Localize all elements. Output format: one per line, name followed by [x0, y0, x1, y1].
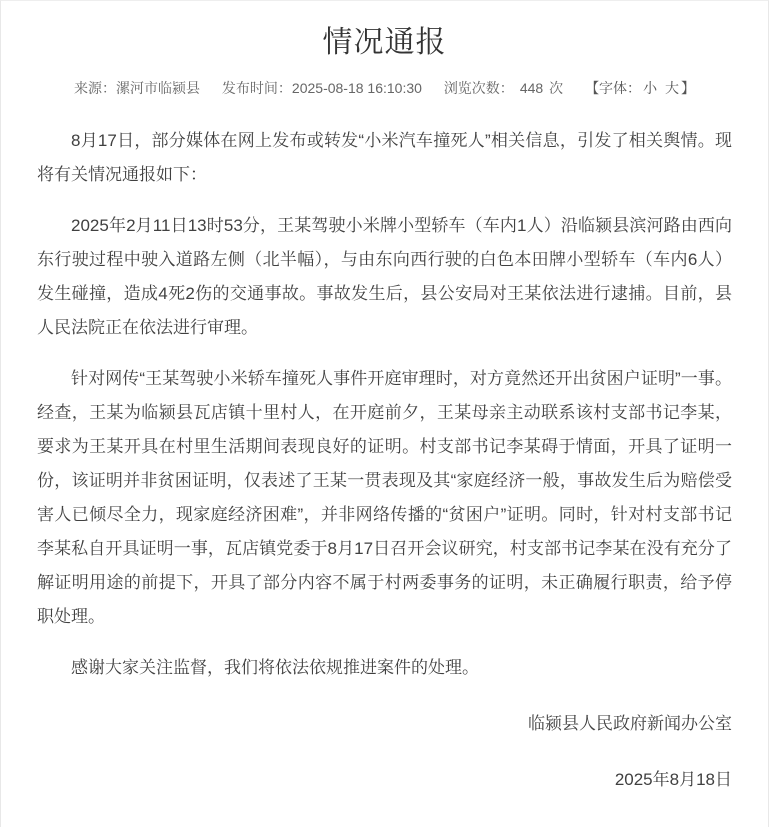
publish-date: 2025年8月18日	[37, 763, 732, 797]
meta-views-label: 浏览次数：	[444, 80, 514, 96]
meta-source-value: 漯河市临颍县	[116, 80, 200, 96]
font-size-control: 【字体：小 大】	[585, 78, 695, 98]
paragraph-certificate-investigation: 针对网传“王某驾驶小米轿车撞死人事件开庭审理时，对方竟然还开出贫困户证明”一事。…	[37, 362, 732, 634]
meta-views-unit: 次	[549, 80, 563, 96]
meta-publish-value: 2025-08-18 16:10:30	[292, 80, 422, 96]
font-size-small-button[interactable]: 小	[643, 80, 657, 96]
font-size-label: 【字体：	[585, 80, 641, 96]
meta-views: 浏览次数：448次	[444, 78, 563, 98]
page-title: 情况通报	[37, 1, 732, 62]
meta-publish-label: 发布时间：	[222, 80, 292, 96]
signature: 临颍县人民政府新闻办公室	[37, 707, 732, 741]
meta-publish-time: 发布时间：2025-08-18 16:10:30	[222, 78, 422, 98]
paragraph-intro: 8月17日，部分媒体在网上发布或转发“小米汽车撞死人”相关信息，引发了相关舆情。…	[37, 124, 732, 192]
meta-source: 来源：漯河市临颍县	[74, 78, 200, 98]
meta-views-value: 448	[520, 80, 543, 96]
font-size-bracket-close: 】	[681, 80, 695, 96]
article-page: 情况通报 来源：漯河市临颍县 发布时间：2025-08-18 16:10:30 …	[0, 0, 769, 827]
font-size-large-button[interactable]: 大	[665, 80, 679, 96]
article-body: 8月17日，部分媒体在网上发布或转发“小米汽车撞死人”相关信息，引发了相关舆情。…	[37, 124, 732, 685]
article-meta: 来源：漯河市临颍县 发布时间：2025-08-18 16:10:30 浏览次数：…	[37, 78, 732, 98]
paragraph-accident-facts: 2025年2月11日13时53分，王某驾驶小米牌小型轿车（车内1人）沿临颍县滨河…	[37, 209, 732, 345]
meta-source-label: 来源：	[74, 80, 116, 96]
paragraph-closing: 感谢大家关注监督，我们将依法依规推进案件的处理。	[37, 651, 732, 685]
